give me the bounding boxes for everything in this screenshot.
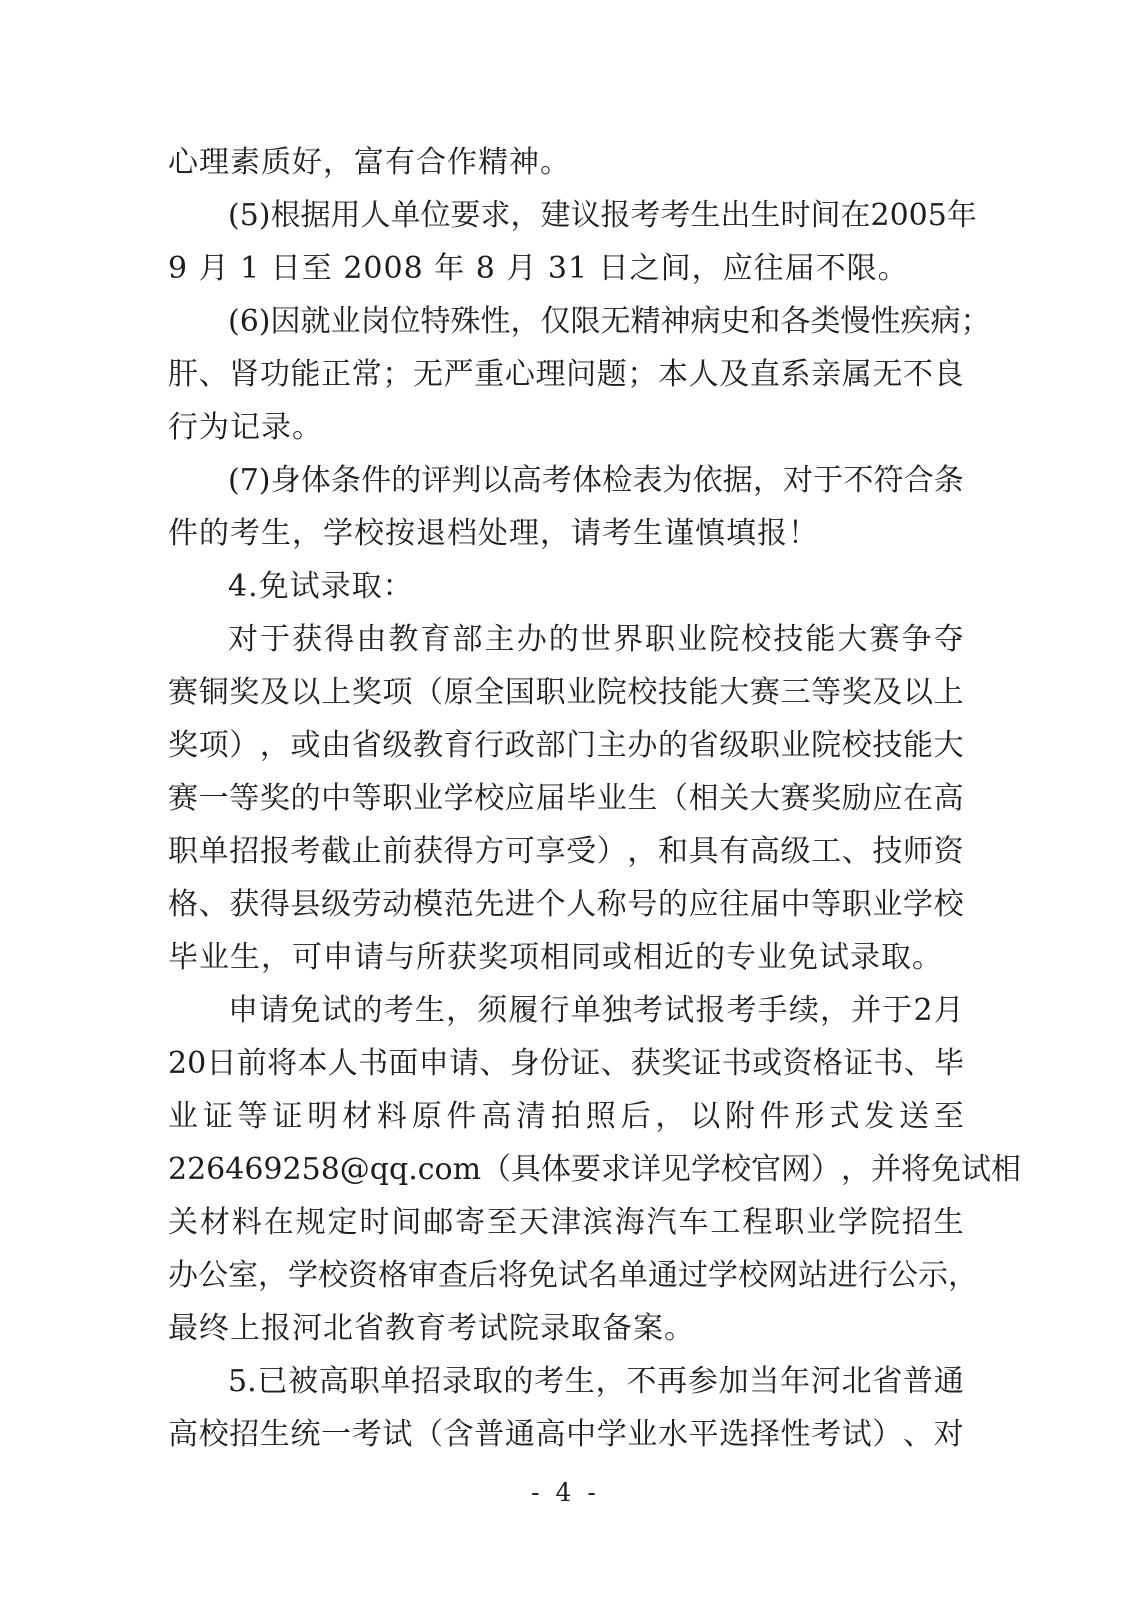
text-line: 毕业生，可申请与所获奖项相同或相近的专业免试录取。	[168, 931, 964, 984]
text-line: 奖项），或由省级教育行政部门主办的省级职业院校技能大	[168, 719, 964, 772]
text-line: 226469258@qq.com（具体要求详见学校官网），并将免试相	[168, 1143, 964, 1196]
text-line: 件的考生，学校按退档处理，请考生谨慎填报！	[168, 507, 964, 560]
text-line: 20 日前将本人书面申请、身份证、获奖证书或资格证书、毕	[168, 1037, 964, 1090]
text-line: 9 月 1 日至 2008 年 8 月 31 日之间，应往届不限。	[168, 242, 964, 295]
text-line: 格、获得县级劳动模范先进个人称号的应往届中等职业学校	[168, 878, 964, 931]
text-line: 4.免试录取：	[228, 560, 964, 613]
text-line: 赛铜奖及以上奖项（原全国职业院校技能大赛三等奖及以上	[168, 666, 964, 719]
text-line: 职单招报考截止前获得方可享受），和具有高级工、技师资	[168, 825, 964, 878]
text-line: 心理素质好，富有合作精神。	[168, 136, 964, 189]
text-line: 申请免试的考生，须履行单独考试报考手续，并于 2 月	[228, 984, 964, 1037]
text-line: 办公室，学校资格审查后将免试名单通过学校网站进行公示，	[168, 1249, 964, 1302]
text-line: 5.已被高职单招录取的考生，不再参加当年河北省普通	[228, 1355, 964, 1408]
document-body-text: 心理素质好，富有合作精神。(5)根据用人单位要求，建议报考考生出生时间在 200…	[168, 136, 964, 1461]
text-line: (7)身体条件的评判以高考体检表为依据，对于不符合条	[228, 454, 964, 507]
text-line: 业证等证明材料原件高清拍照后，以附件形式发送至	[168, 1090, 964, 1143]
text-line: 最终上报河北省教育考试院录取备案。	[168, 1302, 964, 1355]
text-line: 行为记录。	[168, 401, 964, 454]
page-number: - 4 -	[0, 1478, 1131, 1507]
text-line: 高校招生统一考试（含普通高中学业水平选择性考试）、对	[168, 1408, 964, 1461]
text-line: (6)因就业岗位特殊性，仅限无精神病史和各类慢性疾病；	[228, 295, 964, 348]
document-page: 心理素质好，富有合作精神。(5)根据用人单位要求，建议报考考生出生时间在 200…	[0, 0, 1131, 1600]
text-line: 赛一等奖的中等职业学校应届毕业生（相关大赛奖励应在高	[168, 772, 964, 825]
text-line: 关材料在规定时间邮寄至天津滨海汽车工程职业学院招生	[168, 1196, 964, 1249]
text-line: 对于获得由教育部主办的世界职业院校技能大赛争夺	[228, 613, 964, 666]
text-line: (5)根据用人单位要求，建议报考考生出生时间在 2005 年	[228, 189, 964, 242]
text-line: 肝、肾功能正常；无严重心理问题；本人及直系亲属无不良	[168, 348, 964, 401]
